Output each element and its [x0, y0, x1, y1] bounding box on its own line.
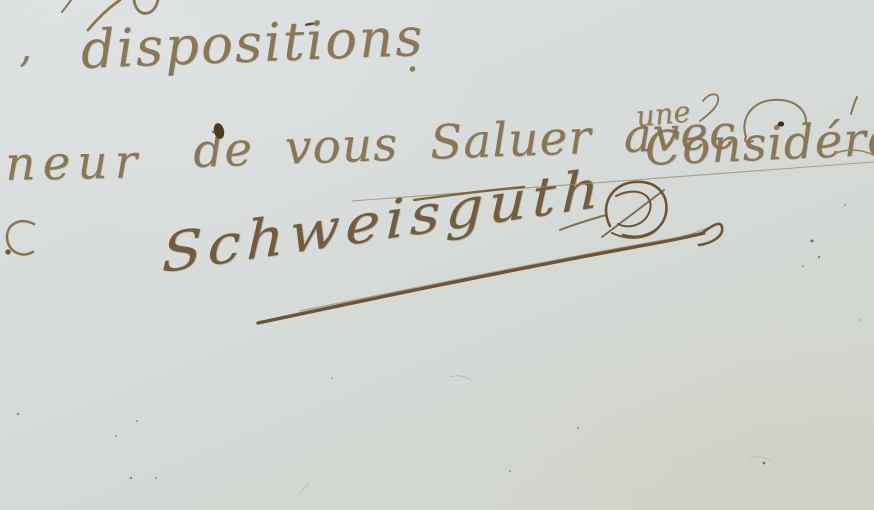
- line2-right-fragment: Considére: [644, 115, 874, 173]
- letter-page: , dispositions . nneur de vous Saluer av…: [0, 0, 874, 510]
- signature-name: Schweisguth: [161, 161, 605, 281]
- accent-tick: [851, 97, 857, 114]
- margin-letter-fragment: [5, 221, 34, 254]
- line1-period: .: [406, 38, 419, 78]
- line1-word-dispositions: dispositions: [80, 11, 425, 77]
- line1-comma: ,: [17, 26, 33, 69]
- paper-fibers: [298, 376, 774, 495]
- paper-specks: [17, 204, 861, 479]
- line2-left-fragment: nneur: [0, 138, 144, 188]
